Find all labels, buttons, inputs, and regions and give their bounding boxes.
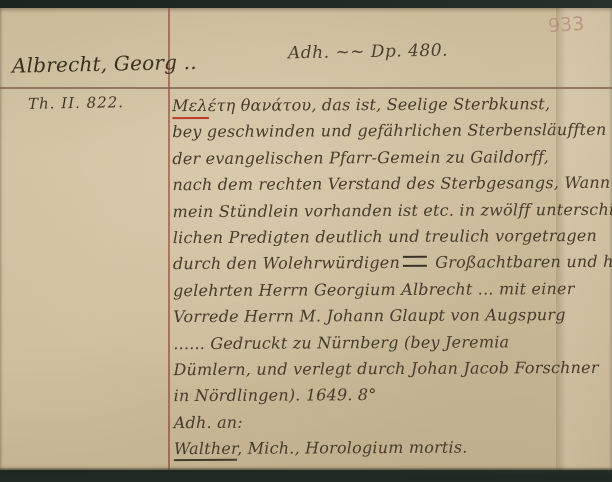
scan-bottom-edge (0, 468, 612, 482)
card-rule-vertical (168, 8, 170, 470)
shelfmark: Th. II. 822. (28, 93, 124, 113)
entry-line: der evangelischen Pfarr-Gemein zu Gaildo… (172, 144, 607, 173)
title-rest: θανάτου, das ist, Seelige Sterbkunst, (235, 94, 550, 115)
entry-text: Μελέτη θανάτου, das ist, Seelige Sterbku… (172, 91, 609, 463)
scanned-catalog-card-page: 933 Albrecht, Georg .. Adh. ~~ Dp. 480. … (0, 0, 612, 482)
bound-with-author: Walther (174, 439, 237, 461)
entry-line: in Nördlingen). 1649. 8° (174, 381, 609, 410)
entry-line: ...... Gedruckt zu Nürnberg (bey Jeremia (173, 328, 608, 357)
entry-line: Vorrede Herrn M. Johann Glaupt von Augsp… (173, 302, 608, 331)
card-rule-horizontal (0, 87, 612, 89)
corner-number-pencil: 933 (547, 13, 585, 37)
entry-line-title: Μελέτη θανάτου, das ist, Seelige Sterbku… (172, 91, 607, 120)
entry-line: Dümlern, und verlegt durch Johan Jacob F… (173, 355, 608, 384)
author-heading: Albrecht, Georg .. (12, 50, 172, 77)
adh-an-note: Adh. an: (174, 408, 609, 437)
entry-line-with-crossout: durch den Wolehrwürdigen Großachtbaren u… (173, 249, 608, 278)
adh-dp-note: Adh. ~~ Dp. 480. (288, 41, 448, 64)
entry-line: lichen Predigten deutlich und treulich v… (173, 223, 608, 252)
entry-line: mein Stündlein vorhanden ist etc. in zwö… (173, 196, 608, 225)
bound-with-rest: , Mich., Horologium mortis. (237, 438, 468, 458)
entry-line-part: durch den Wolehrwürdigen (173, 253, 400, 273)
entry-line: nach dem rechten Verstand des Sterbgesan… (172, 170, 607, 199)
entry-line: bey geschwinden und gefährlichen Sterben… (172, 117, 607, 146)
title-greek-word-red-underline: Μελέτη (172, 93, 235, 120)
bound-with-line: Walther, Mich., Horologium mortis. (174, 434, 609, 463)
crossout-mark (403, 256, 427, 267)
entry-line: gelehrten Herrn Georgium Albrecht ... mi… (173, 276, 608, 305)
entry-line-part: Großachtbaren und hoch- (430, 252, 612, 272)
